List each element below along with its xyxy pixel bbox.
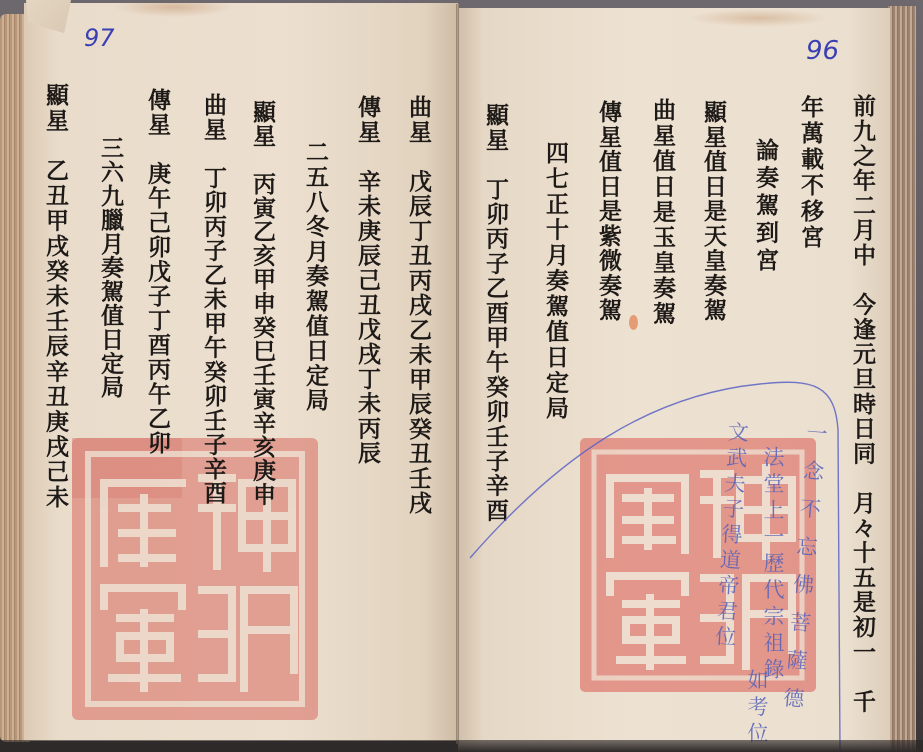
manuscript-photo: 97 96 前九之年二月中 今逢元旦時日同 月々十五是初一 千 年萬載不移宮 論… bbox=[0, 0, 923, 752]
bottom-shadow bbox=[0, 740, 923, 752]
blue-pen-bracket-line bbox=[0, 0, 923, 752]
